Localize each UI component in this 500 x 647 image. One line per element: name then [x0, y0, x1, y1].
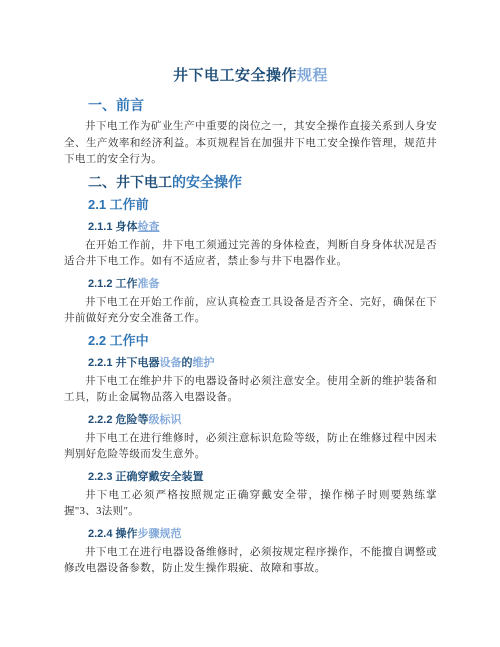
section-heading-foreword: 一、前言	[88, 96, 437, 115]
clause-heading-operation-steps: 2.2.4 操作步骤规范	[88, 527, 437, 542]
paragraph-safety-gear: 井下电工必须严格按照规定正确穿戴安全带，操作梯子时则要熟练掌握"3、3法则"。	[64, 488, 437, 521]
text-segment: 一、前言	[88, 97, 144, 113]
document-page: 井下电工安全操作规程一、前言井下电工作为矿业生产中重要的岗位之一，其安全操作直接…	[0, 0, 500, 647]
clause-heading-work-preparation: 2.1.2 工作准备	[88, 277, 437, 292]
clause-heading-danger-level-marking: 2.2.2 危险等级标识	[88, 413, 437, 428]
text-segment: 2.2.3 正确穿戴安全装置	[88, 471, 204, 483]
text-segment: 的安全操作	[172, 174, 242, 190]
paragraph-equipment-maintenance: 井下电工在维护井下的电器设备时必须注意安全。使用全新的维护装备和工具，防止金属物…	[64, 374, 437, 407]
text-segment: 2.1 工作前	[88, 197, 149, 212]
text-segment: 2.1.1 身体	[88, 221, 138, 233]
text-segment: 井下电工安全操作	[173, 67, 297, 84]
paragraph-work-preparation: 井下电工在开始工作前，应认真检查工具设备是否齐全、完好，确保在下井前做好充分安全…	[64, 295, 437, 328]
paragraph-danger-level-marking: 井下电工在进行维修时，必须注意标识危险等级，防止在维修过程中因未判别好危险等级而…	[64, 431, 437, 464]
text-segment: 级标识	[149, 414, 182, 426]
text-segment: 2.2.1 井下电器	[88, 357, 160, 369]
text-segment: 检查	[138, 221, 160, 233]
text-segment: 2.2 工作中	[88, 333, 149, 348]
text-segment: 井下电工在进行电器设备维修时，必须按规定程序操作，不能擅自调整或修改电器设备参数…	[64, 547, 437, 575]
text-segment: 2.2.4 操作	[88, 528, 138, 540]
text-segment: 维护	[193, 357, 215, 369]
section-heading-safe-operation: 二、井下电工的安全操作	[88, 173, 437, 192]
paragraph-foreword: 井下电工作为矿业生产中重要的岗位之一，其安全操作直接关系到人身安全、生产效率和经…	[64, 119, 437, 169]
document-content: 井下电工安全操作规程一、前言井下电工作为矿业生产中重要的岗位之一，其安全操作直接…	[0, 0, 500, 578]
text-segment: 在开始工作前，井下电工须通过完善的身体检查，判断自身身体状况是否适合井下电工作。…	[64, 240, 437, 268]
clause-heading-safety-gear: 2.2.3 正确穿戴安全装置	[88, 470, 437, 485]
text-segment: 井下电工作为矿业生产中重要的岗位之一，其安全操作直接关系到人身安全、生产效率和经…	[64, 121, 437, 165]
paragraph-operation-steps: 井下电工在进行电器设备维修时，必须按规定程序操作，不能擅自调整或修改电器设备参数…	[64, 545, 437, 578]
text-segment: 准备	[138, 278, 160, 290]
text-segment: 二、井下电工	[88, 174, 172, 190]
clause-heading-equipment-maintenance: 2.2.1 井下电器设备的维护	[88, 356, 437, 371]
text-segment: 2.1.2 工作	[88, 278, 138, 290]
text-segment: 井下电工在维护井下的电器设备时必须注意安全。使用全新的维护装备和工具，防止金属物…	[64, 376, 437, 404]
text-segment: 井下电工在开始工作前，应认真检查工具设备是否齐全、完好，确保在下井前做好充分安全…	[64, 297, 437, 325]
clause-heading-body-check: 2.1.1 身体检查	[88, 220, 437, 235]
text-segment: 2.2.2 危险等	[88, 414, 149, 426]
text-segment: 步骤规范	[138, 528, 182, 540]
text-segment: 规程	[297, 67, 328, 84]
text-segment: 设备	[160, 357, 182, 369]
text-segment: 井下电工在进行维修时，必须注意标识危险等级，防止在维修过程中因未判别好危险等级而…	[64, 433, 437, 461]
paragraph-body-check: 在开始工作前，井下电工须通过完善的身体检查，判断自身身体状况是否适合井下电工作。…	[64, 238, 437, 271]
text-segment: 井下电工必须严格按照规定正确穿戴安全带，操作梯子时则要熟练掌握"3、3法则"。	[64, 490, 437, 518]
subsection-heading-during-work: 2.2 工作中	[88, 332, 437, 350]
text-segment: 的	[182, 357, 193, 369]
subsection-heading-before-work: 2.1 工作前	[88, 196, 437, 214]
document-title: 井下电工安全操作规程	[64, 66, 437, 86]
